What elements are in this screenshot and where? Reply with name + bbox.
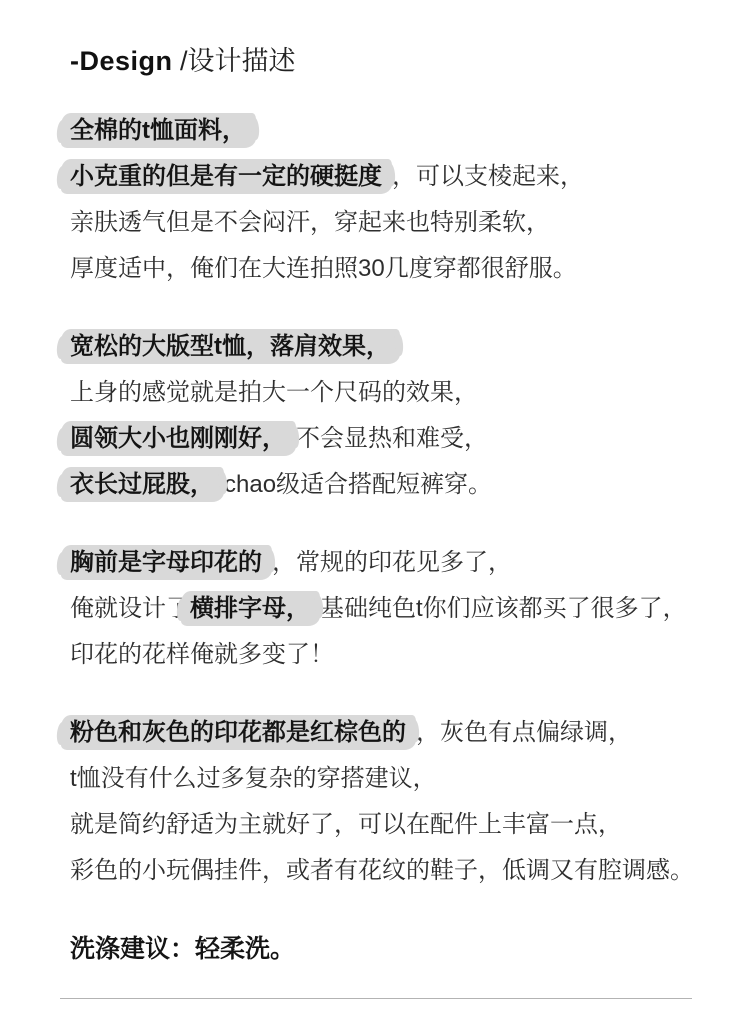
body-text: 就是简约舒适为主就好了，可以在配件上丰富一点， <box>70 811 622 838</box>
highlight-marker-text: 衣长过屁股， <box>61 467 224 502</box>
body-text: ，灰色有点偏绿调， <box>416 719 632 746</box>
body-text: 印花的花样俺就多变了！ <box>70 641 334 668</box>
body-text: 俺就设计了 <box>70 595 190 622</box>
text-line: 胸前是字母印花的，常规的印花见多了， <box>70 540 714 586</box>
text-line: 粉色和灰色的印花都是红棕色的，灰色有点偏绿调， <box>70 710 714 756</box>
text-line: 圆领大小也刚刚好，不会显热和难受， <box>70 416 714 462</box>
body-text: t恤没有什么过多复杂的穿搭建议， <box>70 765 437 792</box>
paragraph-color-styling: 粉色和灰色的印花都是红棕色的，灰色有点偏绿调， t恤没有什么过多复杂的穿搭建议，… <box>70 710 714 894</box>
text-line: 全棉的t恤面料， <box>70 108 714 154</box>
page-title: -Design /设计描述 <box>0 0 750 78</box>
text-line: 彩色的小玩偶挂件，或者有花纹的鞋子，低调又有腔调感。 <box>70 848 714 894</box>
text-line: 就是简约舒适为主就好了，可以在配件上丰富一点， <box>70 802 714 848</box>
highlight-marker-text: 宽松的大版型t恤，落肩效果， <box>61 329 400 364</box>
divider-line <box>60 998 692 999</box>
body-text: chao级适合搭配短裤穿。 <box>224 471 492 498</box>
highlight-marker-text: 小克重的但是有一定的硬挺度 <box>61 159 392 194</box>
text-line: 亲肤透气但是不会闷汗，穿起来也特别柔软， <box>70 200 714 246</box>
text-line: 俺就设计了横排字母，基础纯色t你们应该都买了很多了， <box>70 586 714 632</box>
highlight-marker-text: 全棉的t恤面料， <box>61 113 256 148</box>
care-instructions: 洗涤建议：轻柔洗。 <box>70 926 714 972</box>
text-line: 印花的花样俺就多变了！ <box>70 632 714 678</box>
highlight-marker-text: 横排字母， <box>181 591 320 626</box>
highlight-marker-text: 胸前是字母印花的 <box>61 545 272 580</box>
body-text: 基础纯色t你们应该都买了很多了， <box>320 595 687 622</box>
design-description-page: -Design /设计描述 全棉的t恤面料， 小克重的但是有一定的硬挺度，可以支… <box>0 0 750 1028</box>
body-text: ，常规的印花见多了， <box>272 549 512 576</box>
body-text: 亲肤透气但是不会闷汗，穿起来也特别柔软， <box>70 209 550 236</box>
paragraph-fit: 宽松的大版型t恤，落肩效果， 上身的感觉就是拍大一个尺码的效果， 圆领大小也刚刚… <box>70 324 714 508</box>
body-text: 彩色的小玩偶挂件，或者有花纹的鞋子，低调又有腔调感。 <box>70 857 694 884</box>
body-text: 不会显热和难受， <box>296 425 488 452</box>
text-line: 厚度适中，俺们在大连拍照30几度穿都很舒服。 <box>70 246 714 292</box>
description-body: 全棉的t恤面料， 小克重的但是有一定的硬挺度，可以支棱起来， 亲肤透气但是不会闷… <box>0 78 750 972</box>
body-text: 上身的感觉就是拍大一个尺码的效果， <box>70 379 478 406</box>
text-line: 衣长过屁股，chao级适合搭配短裤穿。 <box>70 462 714 508</box>
text-line: 上身的感觉就是拍大一个尺码的效果， <box>70 370 714 416</box>
body-text: ，可以支棱起来， <box>392 163 584 190</box>
text-line: 宽松的大版型t恤，落肩效果， <box>70 324 714 370</box>
text-line: 小克重的但是有一定的硬挺度，可以支棱起来， <box>70 154 714 200</box>
text-line: t恤没有什么过多复杂的穿搭建议， <box>70 756 714 802</box>
title-english: -Design <box>70 46 173 76</box>
highlight-marker-text: 圆领大小也刚刚好， <box>61 421 296 456</box>
title-chinese: /设计描述 <box>173 46 296 76</box>
paragraph-print: 胸前是字母印花的，常规的印花见多了， 俺就设计了横排字母，基础纯色t你们应该都买… <box>70 540 714 678</box>
highlight-marker-text: 粉色和灰色的印花都是红棕色的 <box>61 715 416 750</box>
body-text: 厚度适中，俺们在大连拍照30几度穿都很舒服。 <box>70 255 577 282</box>
paragraph-fabric: 全棉的t恤面料， 小克重的但是有一定的硬挺度，可以支棱起来， 亲肤透气但是不会闷… <box>70 108 714 292</box>
